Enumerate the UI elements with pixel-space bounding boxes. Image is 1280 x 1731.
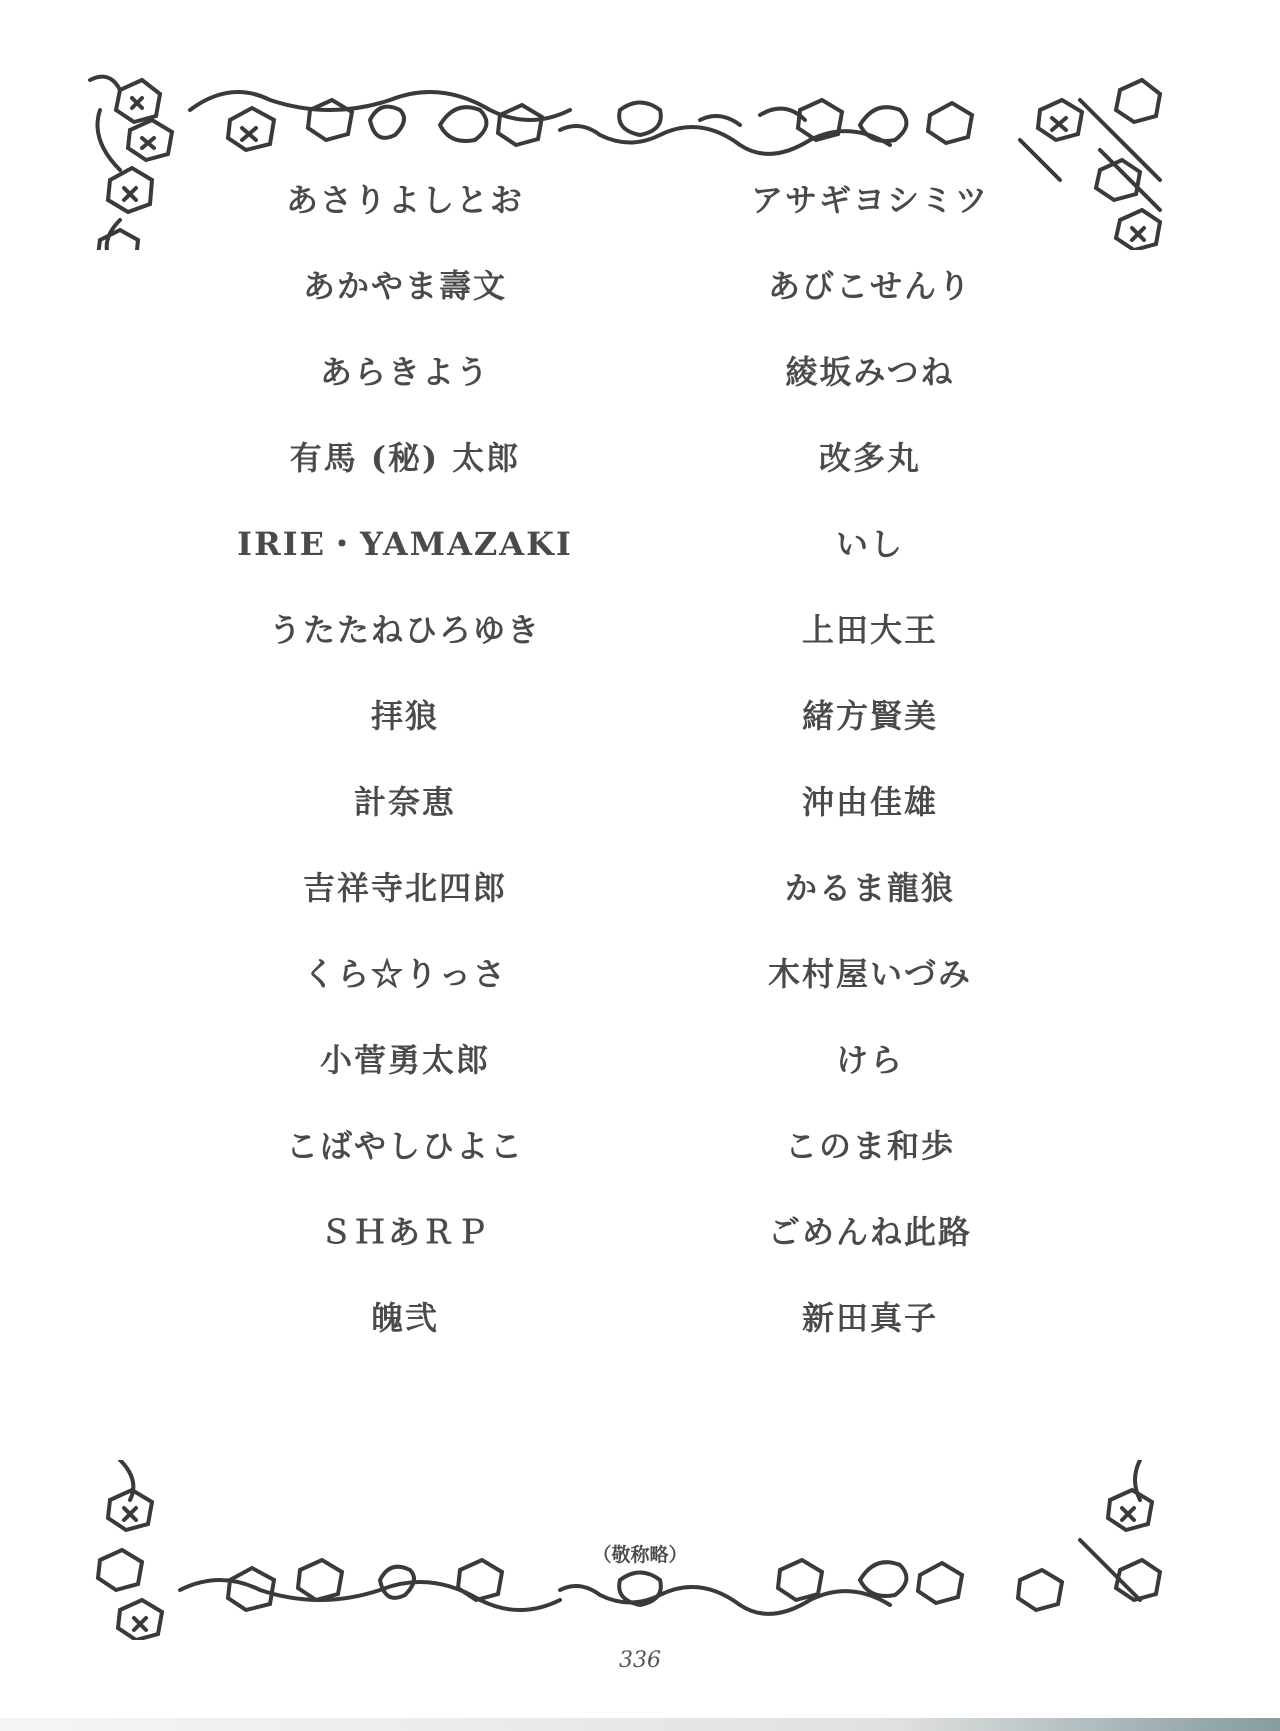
list-row: 拝狼 緒方賢美 <box>0 686 1280 746</box>
contributor-name: こばやしひよこ <box>185 1116 625 1176</box>
contributor-name: ＳＨあＲＰ <box>185 1202 625 1262</box>
contributor-name: くら☆りっさ <box>185 944 625 1004</box>
list-row: こばやしひよこ このま和歩 <box>0 1116 1280 1176</box>
contributor-name: 計奈恵 <box>185 772 625 832</box>
bottom-floral-border <box>80 1460 1190 1640</box>
list-row: 吉祥寺北四郎 かるま龍狼 <box>0 858 1280 918</box>
contributor-name: 沖由佳雄 <box>650 772 1090 832</box>
page-number: 336 <box>590 1648 690 1673</box>
contributor-name: 緒方賢美 <box>650 686 1090 746</box>
contributor-name: 上田大王 <box>650 600 1090 660</box>
list-row: うたたねひろゆき 上田大王 <box>0 600 1280 660</box>
list-row: あらきよう 綾坂みつね <box>0 342 1280 402</box>
contributor-name: このま和歩 <box>650 1116 1090 1176</box>
contributor-name: あびこせんり <box>650 256 1090 316</box>
contributor-name: あさりよしとお <box>185 170 625 230</box>
contributor-name: うたたねひろゆき <box>185 600 625 660</box>
contributor-name: IRIE・YAMAZAKI <box>185 514 625 574</box>
list-row: くら☆りっさ 木村屋いづみ <box>0 944 1280 1004</box>
contributor-name: 綾坂みつね <box>650 342 1090 402</box>
list-row: 計奈恵 沖由佳雄 <box>0 772 1280 832</box>
contributor-name: あらきよう <box>185 342 625 402</box>
contributor-name: アサギヨシミツ <box>650 170 1090 230</box>
contributor-name: 木村屋いづみ <box>650 944 1090 1004</box>
contributor-name: 改多丸 <box>650 428 1090 488</box>
contributor-name: 拝狼 <box>185 686 625 746</box>
list-row: あさりよしとお アサギヨシミツ <box>0 170 1280 230</box>
list-row: 有馬 (秘) 太郎 改多丸 <box>0 428 1280 488</box>
contributor-name: あかやま壽文 <box>185 256 625 316</box>
list-row: IRIE・YAMAZAKI いし <box>0 514 1280 574</box>
contributor-name: 新田真子 <box>650 1288 1090 1348</box>
contributor-name: ごめんね此路 <box>650 1202 1090 1262</box>
contributor-name: 魄弐 <box>185 1288 625 1348</box>
morning-glory-border-icon <box>80 1460 1190 1640</box>
contributor-name: かるま龍狼 <box>650 858 1090 918</box>
list-row: ＳＨあＲＰ ごめんね此路 <box>0 1202 1280 1262</box>
contributor-name: 小菅勇太郎 <box>185 1030 625 1090</box>
contributor-name: 有馬 (秘) 太郎 <box>185 428 625 488</box>
list-row: 小菅勇太郎 けら <box>0 1030 1280 1090</box>
list-row: 魄弐 新田真子 <box>0 1288 1280 1348</box>
contributor-name: 吉祥寺北四郎 <box>185 858 625 918</box>
list-row: あかやま壽文 あびこせんり <box>0 256 1280 316</box>
contributor-name: けら <box>650 1030 1090 1090</box>
contributor-name: いし <box>650 514 1090 574</box>
scan-edge-shadow <box>0 1718 1280 1731</box>
